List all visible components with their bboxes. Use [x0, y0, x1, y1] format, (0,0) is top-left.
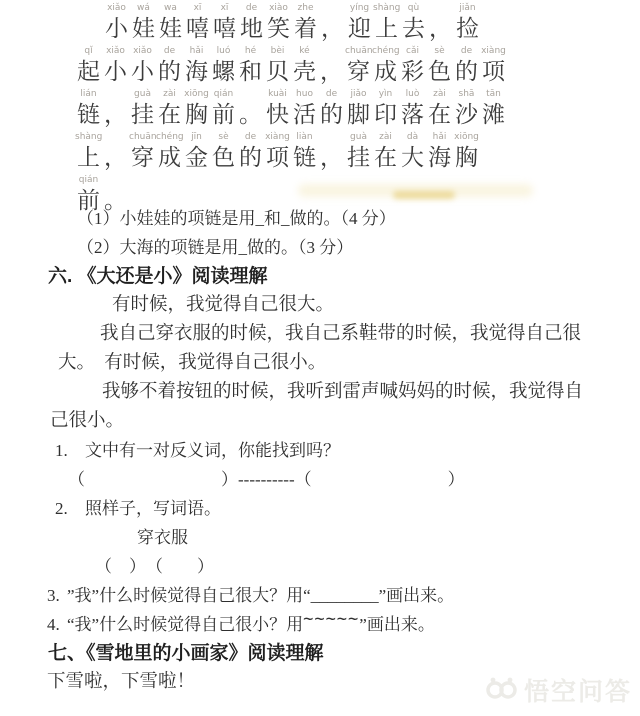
hanzi-text: 地	[238, 15, 265, 44]
pinyin-text	[427, 2, 454, 15]
hanzi-text: 去	[400, 15, 427, 44]
wavy-line-mark: ~~~~~	[303, 609, 359, 629]
passage-char: xiǎo小	[102, 45, 129, 87]
question-4: 4.“我”什么时候觉得自己很小？用~~~~~”画出来。	[0, 610, 640, 639]
passage-char: ，	[102, 88, 129, 130]
section-six-title: 六. 《大还是小》阅读理解	[0, 262, 640, 291]
passage-char: guà挂	[129, 88, 156, 130]
passage-char: chuān穿	[345, 45, 372, 87]
question-2: 2.照样子，写词语。	[0, 494, 640, 523]
watermark: 悟空问答	[485, 672, 632, 708]
question-text: ”画出来。	[379, 586, 455, 605]
passage-char: jiǎn捡	[454, 2, 481, 44]
paragraph-line: 大。 有时候，我觉得自己很小。	[0, 349, 640, 378]
question-text: 文中有一对反义词，你能找到吗？	[85, 441, 340, 460]
pinyin-text: luó	[210, 45, 237, 58]
pinyin-text	[102, 131, 129, 144]
passage-char: sè色	[210, 131, 237, 173]
question-number: 4.	[47, 610, 67, 639]
passage-char: hǎi海	[183, 45, 210, 87]
passage-char: shàng上	[75, 131, 102, 173]
passage-char: qǐ起	[75, 45, 102, 87]
pinyin-text: yìn	[372, 88, 399, 101]
pinyin-text: chéng	[372, 45, 399, 58]
hanzi-text: 链	[291, 144, 318, 173]
passage-char: ，	[427, 2, 454, 44]
hanzi-text: 快	[264, 101, 291, 130]
hanzi-text: 嘻	[184, 15, 211, 44]
passage-char: ，	[319, 2, 346, 44]
passage-char: sè色	[426, 45, 453, 87]
pinyin-text: hǎi	[183, 45, 210, 58]
hanzi-text: 活	[291, 101, 318, 130]
passage-char: guà挂	[345, 131, 372, 173]
pinyin-text: chuān	[345, 45, 372, 58]
hanzi-text: 小	[103, 15, 130, 44]
pinyin-text: zài	[372, 131, 399, 144]
paragraph-line: 己很小。	[0, 407, 640, 436]
pinyin-text: zhe	[292, 2, 319, 15]
pinyin-text: huo	[291, 88, 318, 101]
passage-char: wá娃	[130, 2, 157, 44]
pinyin-text: xiōng	[453, 131, 480, 144]
hanzi-text: ，	[319, 15, 346, 44]
hanzi-text: 前	[210, 101, 237, 130]
pinyin-text: qián	[210, 88, 237, 101]
hanzi-text: 娃	[157, 15, 184, 44]
hanzi-text: ，	[318, 58, 345, 87]
hanzi-text: 。	[237, 101, 264, 130]
pinyin-text: shàng	[373, 2, 400, 15]
hanzi-text: 螺	[210, 58, 237, 87]
pinyin-text: shàng	[75, 131, 102, 144]
passage-char: de的	[237, 131, 264, 173]
pinyin-text	[102, 174, 129, 187]
passage-char: bèi贝	[264, 45, 291, 87]
question-number: 2.	[55, 494, 85, 523]
hanzi-text: 娃	[130, 15, 157, 44]
example-word: 穿衣服	[0, 523, 640, 552]
pinyin-text	[318, 45, 345, 58]
pinyin-text: luò	[399, 88, 426, 101]
hanzi-text: 链	[75, 101, 102, 130]
pinyin-text: de	[237, 131, 264, 144]
passage-char: xī嘻	[211, 2, 238, 44]
paragraph-line: 我自己穿衣服的时候，我自己系鞋带的时候，我觉得自己很	[0, 320, 640, 349]
passage-char: qù去	[400, 2, 427, 44]
passage-line: shàng上，chuān穿chéng成jīn金sè色de的xiàng项liàn链…	[75, 131, 507, 174]
answer-blank: ________	[311, 586, 379, 605]
question-text: ”画出来。	[359, 615, 435, 634]
pinyin-text: zài	[156, 88, 183, 101]
hanzi-text: 胸	[453, 144, 480, 173]
answer-blank-line: （ ） （ ）	[0, 552, 640, 581]
passage-char: xiōng胸	[453, 131, 480, 173]
passage-char: de地	[238, 2, 265, 44]
hanzi-text: 项	[480, 58, 507, 87]
pinyin-text: de	[156, 45, 183, 58]
hanzi-text: 上	[373, 15, 400, 44]
pinyin-text: jīn	[183, 131, 210, 144]
hanzi-text: 捡	[454, 15, 481, 44]
hanzi-text: 小	[102, 58, 129, 87]
pinyin-text	[237, 88, 264, 101]
passage-char: zài在	[426, 88, 453, 130]
passage-char: huo活	[291, 88, 318, 130]
question-text: “我”什么时候觉得自己很小？用	[67, 615, 303, 634]
question-3: 3.”我”什么时候觉得自己很大？用“________”画出来。	[0, 581, 640, 610]
pinyin-text: xiǎo	[103, 2, 130, 15]
passage-char: zài在	[156, 88, 183, 130]
question-number: 1.	[55, 436, 85, 465]
hanzi-text: 色	[210, 144, 237, 173]
hanzi-text: 的	[318, 101, 345, 130]
passage-char: de的	[318, 88, 345, 130]
watermark-text: 悟空问答	[524, 672, 632, 708]
hanzi-text: 在	[156, 101, 183, 130]
pinyin-text: qǐ	[75, 45, 102, 58]
hanzi-text: 金	[183, 144, 210, 173]
paragraph-line: 我够不着按钮的时候，我听到雷声喊妈妈的时候，我觉得自	[0, 378, 640, 407]
pinyin-text: xiǎo	[102, 45, 129, 58]
passage-line: xiǎo小wá娃wa娃xī嘻xī嘻de地xiào笑zhe着，yíng迎shàng…	[103, 2, 507, 45]
hanzi-text: 壳	[291, 58, 318, 87]
hanzi-text: 挂	[345, 144, 372, 173]
passage-char: jīn金	[183, 131, 210, 173]
hanzi-text: 海	[183, 58, 210, 87]
hanzi-text: 小	[129, 58, 156, 87]
passage-char: xiǎo小	[103, 2, 130, 44]
passage-char: xiǎo小	[129, 45, 156, 87]
passage-char: kuài快	[264, 88, 291, 130]
hanzi-text: 成	[372, 58, 399, 87]
passage-char: hǎi海	[426, 131, 453, 173]
hanzi-text: ，	[102, 101, 129, 130]
hanzi-text: 迎	[346, 15, 373, 44]
hanzi-text: ，	[318, 144, 345, 173]
passage-char: xiàng项	[264, 131, 291, 173]
wukong-logo-icon	[485, 676, 519, 705]
hanzi-text: 穿	[129, 144, 156, 173]
hanzi-text: 着	[292, 15, 319, 44]
hanzi-text: 在	[372, 144, 399, 173]
passage-char: zhe着	[292, 2, 319, 44]
passage-question-1: （1）小娃娃的项链是用_和_做的。（4 分）	[0, 204, 640, 233]
pinyin-text: xiōng	[183, 88, 210, 101]
pinyin-text: sè	[426, 45, 453, 58]
hanzi-text: 沙	[453, 101, 480, 130]
pinyin-text: qù	[400, 2, 427, 15]
pinyin-text: xiào	[265, 2, 292, 15]
hanzi-text: 挂	[129, 101, 156, 130]
passage-char: ，	[102, 131, 129, 173]
hanzi-text: 的	[156, 58, 183, 87]
paragraph-line: 有时候，我觉得自己很大。	[0, 291, 640, 320]
passage-char: qián前	[210, 88, 237, 130]
passage-char: ，	[318, 131, 345, 173]
pinyin-text: tān	[480, 88, 507, 101]
hanzi-text: 在	[426, 101, 453, 130]
hanzi-text: ，	[102, 144, 129, 173]
answer-blank-line: （ ）----------（ ）	[0, 465, 640, 494]
hanzi-text: 笑	[265, 15, 292, 44]
pinyin-text	[102, 88, 129, 101]
pinyin-text: jiǎo	[345, 88, 372, 101]
passage-char: hé和	[237, 45, 264, 87]
pinyin-text: yíng	[346, 2, 373, 15]
pinyin-text: xī	[211, 2, 238, 15]
question-text: 照样子，写词语。	[85, 499, 221, 518]
pinyin-text: shā	[453, 88, 480, 101]
passage-char: yíng迎	[346, 2, 373, 44]
hanzi-text: 滩	[480, 101, 507, 130]
pinyin-text: cǎi	[399, 45, 426, 58]
pinyin-text: sè	[210, 131, 237, 144]
passage-char: shàng上	[373, 2, 400, 44]
pinyin-text: liàn	[291, 131, 318, 144]
passage-char: liàn链	[291, 131, 318, 173]
hanzi-text: 嘻	[211, 15, 238, 44]
hanzi-text: 的	[237, 144, 264, 173]
pinyin-text: chéng	[156, 131, 183, 144]
passage-char: cǎi彩	[399, 45, 426, 87]
hanzi-text: 穿	[345, 58, 372, 87]
passage-char: wa娃	[157, 2, 184, 44]
passage-char: chéng成	[372, 45, 399, 87]
passage-char: xiào笑	[265, 2, 292, 44]
pinyin-text	[319, 2, 346, 15]
hanzi-text: 落	[399, 101, 426, 130]
pinyin-text: hǎi	[426, 131, 453, 144]
passage-char: luò落	[399, 88, 426, 130]
passage-char: yìn印	[372, 88, 399, 130]
question-text: ”我”什么时候觉得自己很大？用“	[67, 586, 311, 605]
passage-line: lián链，guà挂zài在xiōng胸qián前。kuài快huo活de的ji…	[75, 88, 507, 131]
pinyin-text: wá	[130, 2, 157, 15]
passage-line: qǐ起xiǎo小xiǎo小de的hǎi海luó螺hé和bèi贝ké壳，chuān…	[75, 45, 507, 88]
hanzi-text: 贝	[264, 58, 291, 87]
hanzi-text: 大	[399, 144, 426, 173]
passage-char: ké壳	[291, 45, 318, 87]
pinyin-text: xī	[184, 2, 211, 15]
passage-char: jiǎo脚	[345, 88, 372, 130]
passage-char: dà大	[399, 131, 426, 173]
pinyin-text: guà	[345, 131, 372, 144]
hanzi-text: ，	[427, 15, 454, 44]
hanzi-text: 胸	[183, 101, 210, 130]
passage-char: chéng成	[156, 131, 183, 173]
hanzi-text: 色	[426, 58, 453, 87]
pinyin-text: chuān	[129, 131, 156, 144]
pinyin-text: de	[453, 45, 480, 58]
hanzi-text: 印	[372, 101, 399, 130]
hanzi-text: 成	[156, 144, 183, 173]
pinyin-text: lián	[75, 88, 102, 101]
passage-char: xī嘻	[184, 2, 211, 44]
hanzi-text: 海	[426, 144, 453, 173]
question-1: 1.文中有一对反义词，你能找到吗？	[0, 436, 640, 465]
hanzi-text: 彩	[399, 58, 426, 87]
passage-char: 。	[237, 88, 264, 130]
question-number: 3.	[47, 581, 67, 610]
pinyin-text: ké	[291, 45, 318, 58]
passage-char: tān滩	[480, 88, 507, 130]
hanzi-text: 脚	[345, 101, 372, 130]
pinyin-text: bèi	[264, 45, 291, 58]
passage-char: luó螺	[210, 45, 237, 87]
pinyin-text: wa	[157, 2, 184, 15]
pinyin-text: xiǎo	[129, 45, 156, 58]
passage-char: xiōng胸	[183, 88, 210, 130]
pinyin-text: xiàng	[264, 131, 291, 144]
pinyin-text: xiàng	[480, 45, 507, 58]
worksheet-body: （1）小娃娃的项链是用_和_做的。（4 分） （2）大海的项链是用_做的。（3 …	[0, 204, 640, 697]
passage-char: chuān穿	[129, 131, 156, 173]
hanzi-text: 和	[237, 58, 264, 87]
passage-char: ，	[318, 45, 345, 87]
passage-char: de的	[453, 45, 480, 87]
pinyin-text: zài	[426, 88, 453, 101]
pinyin-passage: xiǎo小wá娃wa娃xī嘻xī嘻de地xiào笑zhe着，yíng迎shàng…	[75, 2, 507, 217]
passage-char: xiàng项	[480, 45, 507, 87]
hanzi-text: 的	[453, 58, 480, 87]
hanzi-text: 起	[75, 58, 102, 87]
pinyin-text: qián	[75, 174, 102, 187]
hanzi-text: 项	[264, 144, 291, 173]
pinyin-text: de	[318, 88, 345, 101]
pinyin-text: guà	[129, 88, 156, 101]
pinyin-text: de	[238, 2, 265, 15]
passage-char: zài在	[372, 131, 399, 173]
pinyin-text: dà	[399, 131, 426, 144]
hanzi-text: 上	[75, 144, 102, 173]
passage-question-2: （2）大海的项链是用_做的。（3 分）	[0, 233, 640, 262]
pinyin-text	[318, 131, 345, 144]
pinyin-text: jiǎn	[454, 2, 481, 15]
pinyin-text: hé	[237, 45, 264, 58]
passage-char: de的	[156, 45, 183, 87]
passage-char: lián链	[75, 88, 102, 130]
section-seven-title: 七、《雪地里的小画家》阅读理解	[0, 639, 640, 668]
pinyin-text: kuài	[264, 88, 291, 101]
passage-char: shā沙	[453, 88, 480, 130]
